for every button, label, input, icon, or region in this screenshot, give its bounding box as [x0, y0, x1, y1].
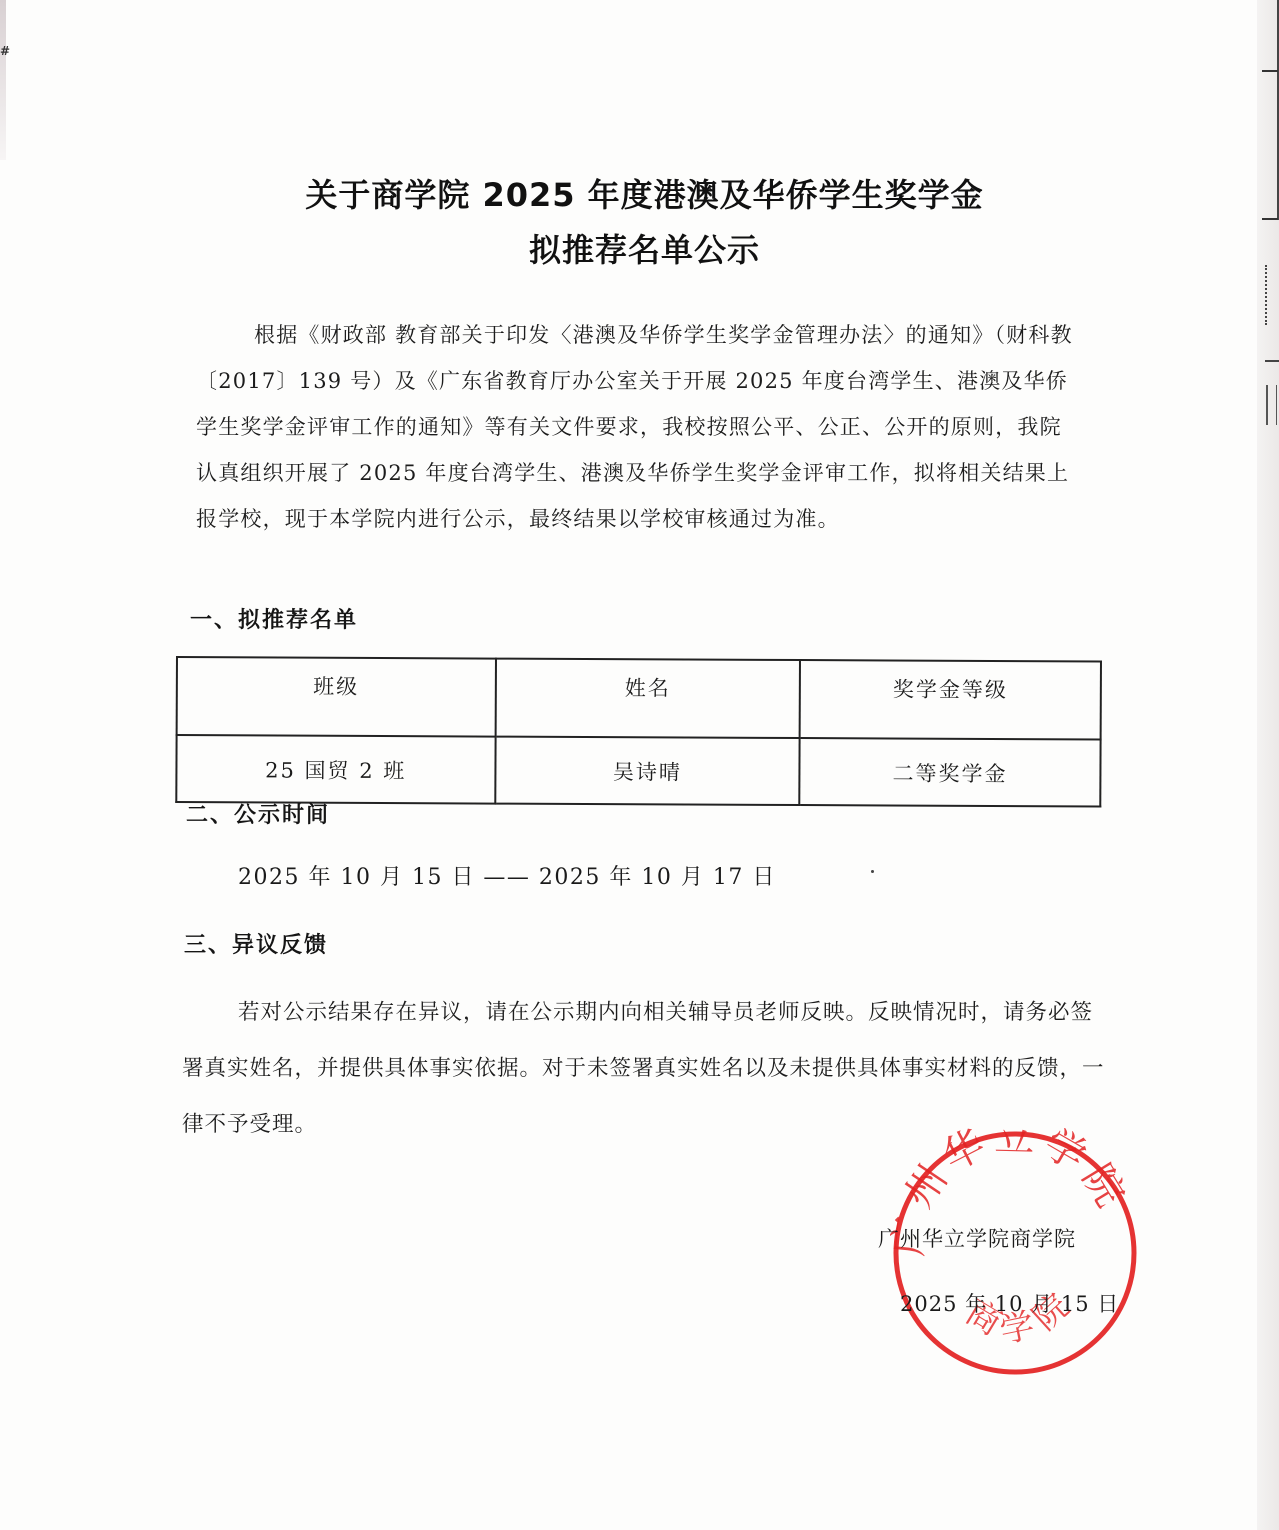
- document-title-line-1: 关于商学院 2025 年度港澳及华侨学生奖学金: [5, 170, 1279, 216]
- signature-organization: 广州华立学院商学院: [878, 1223, 1076, 1253]
- section-heading-publicity-period: 二、公示时间: [186, 798, 330, 829]
- cell-scholarship-level: 二等奖学金: [800, 738, 1101, 806]
- edge-mark-left: #: [0, 45, 10, 57]
- document-title-line-2: 拟推荐名单公示: [5, 225, 1279, 271]
- intro-paragraph: 根据《财政部 教育部关于印发〈港澳及华侨学生奖学金管理办法〉的通知》（财科教〔2…: [196, 312, 1076, 542]
- edge-mark: [1266, 385, 1277, 425]
- table-header-row: 班级 姓名 奖学金等级: [177, 657, 1101, 740]
- cell-name: 吴诗晴: [495, 737, 800, 805]
- column-header-class: 班级: [177, 657, 496, 737]
- page-edge-left: [0, 0, 6, 160]
- edge-tick: [1262, 218, 1278, 220]
- edge-tick: [1262, 70, 1278, 72]
- section-heading-nominee-list: 一、拟推荐名单: [190, 603, 358, 634]
- column-header-name: 姓名: [495, 659, 800, 738]
- edge-tick: [1265, 360, 1279, 362]
- table-row: 25 国贸 2 班 吴诗晴 二等奖学金: [176, 735, 1100, 807]
- nominee-table: 班级 姓名 奖学金等级 25 国贸 2 班 吴诗晴 二等奖学金: [175, 656, 1102, 808]
- speck: [871, 870, 874, 873]
- publicity-period-dates: 2025 年 10 月 15 日 —— 2025 年 10 月 17 日: [238, 860, 776, 891]
- section-heading-objection-feedback: 三、异议反馈: [184, 928, 328, 959]
- column-header-scholarship-level: 奖学金等级: [800, 660, 1101, 739]
- edge-mark: [1265, 265, 1270, 325]
- signature-date: 2025 年 10 月 15 日: [900, 1288, 1119, 1318]
- cell-class: 25 国贸 2 班: [176, 735, 495, 804]
- official-seal-stamp: 广州华立学院 商学院: [890, 1128, 1140, 1378]
